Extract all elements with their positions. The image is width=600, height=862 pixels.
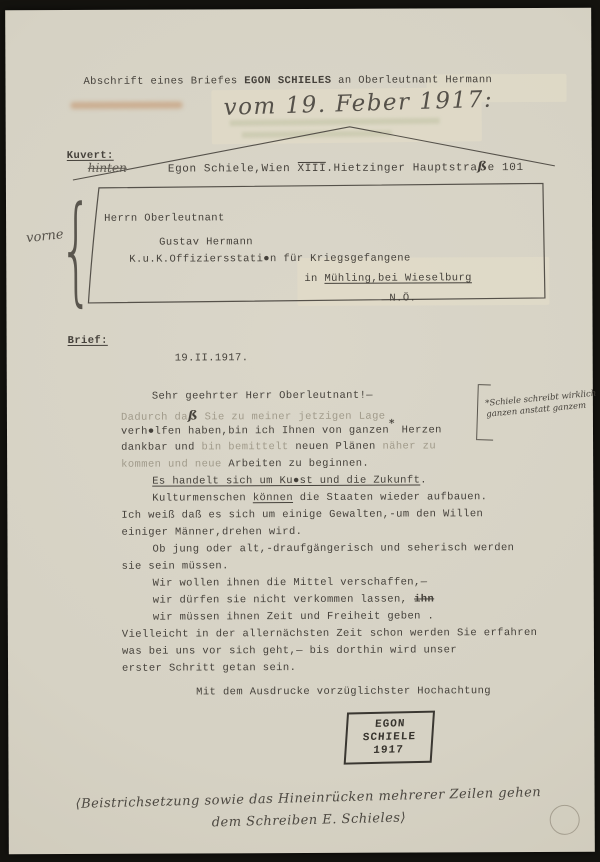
letter-text-segment: Mit dem Ausdrucke vorzüglichster Hochach… [196, 685, 491, 698]
letter-body-line: erster Schritt getan sein. [8, 661, 594, 681]
ghost-text-line [242, 130, 392, 138]
address-line-5: N.Ö. [389, 291, 416, 305]
letter-text-segment: kommen und neue [121, 458, 228, 470]
letter-text-segment: die Staaten wieder aufbauen. [293, 491, 487, 504]
orange-smudge [71, 102, 183, 109]
letter-text-segment: ihn [414, 593, 434, 605]
letter-text-segment: Kulturmenschen [152, 492, 253, 504]
letter-text-segment: näher zu [382, 440, 436, 452]
letter-text-segment: Dadurch da [121, 411, 188, 423]
letter-text-segment: Sehr geehrter Herr Oberleutnant!— [152, 390, 373, 403]
letter-text-segment: Ob jung oder alt,-draufgängerisch und se… [152, 542, 514, 556]
address-line-4: in Mühling,bei Wieselburg [304, 271, 472, 286]
letter-body-line: Mit dem Ausdrucke vorzüglichster Hochach… [8, 685, 594, 705]
letter-text-segment: Es handelt sich um Ku●st und die Zukunft [152, 474, 420, 487]
header-suffix: an Oberleutnant Hermann [331, 74, 492, 87]
curly-brace: { [59, 190, 93, 308]
address-line-1: Herrn Oberleutnant [104, 211, 225, 226]
egon-schiele-stamp: EGON SCHIELE 1917 [344, 711, 435, 765]
address-line-2: Gustav Hermann [159, 235, 253, 249]
stamp-line-2: SCHIELE [362, 731, 416, 745]
letter-text-segment: Sie zu meiner jetzigen Lage [198, 411, 386, 424]
sender-district-numeral: XIII [297, 162, 326, 175]
letter-text-segment: was bei uns vor sich geht,— bis dorthin … [122, 644, 457, 657]
letter-text-segment: wir müssen ihnen Zeit und Freiheit geben… [153, 610, 435, 623]
letter-text-segment: ß [188, 407, 198, 422]
stamp-line-3: 1917 [373, 744, 404, 758]
letter-text-segment: können [253, 492, 293, 504]
address-line-4-place: Mühling,bei Wieselburg [324, 272, 471, 285]
letter-text-segment: Ich weiß daß es sich um einige Gewalten,… [121, 508, 483, 522]
handwritten-eszett: ß [477, 158, 487, 173]
letter-text-segment: . [420, 474, 427, 486]
sender-line: Egon Schiele,Wien XIII.Hietzinger Haupts… [168, 159, 524, 177]
letter-text-segment: erster Schritt getan sein. [122, 662, 296, 675]
faint-circular-stamp [550, 805, 580, 835]
bottom-handwritten-note: ⟨Beistrichsetzung sowie das Hineinrücken… [48, 781, 569, 838]
brief-label: Brief: [68, 334, 108, 348]
letter-text-segment: wir dürfen sie nicht verkommen lassen, [153, 594, 414, 607]
sender-street: .Hietzinger Hauptstra [326, 162, 477, 175]
letter-text-segment: sie sein müssen. [122, 560, 229, 572]
address-line-3: K.u.K.Offiziersstati●n für Kriegsgefange… [129, 252, 411, 267]
letter-text-segment: Arbeiten zu beginnen. [228, 458, 369, 471]
margin-note-text: *Schiele schreibt wirklichganzen anstatt… [477, 381, 599, 422]
margin-note-bracket: *Schiele schreibt wirklichganzen anstatt… [476, 384, 599, 444]
header-line: Abschrift eines Briefes EGON SCHIELES an… [83, 73, 492, 89]
header-author-name: EGON SCHIELES [244, 75, 331, 87]
scanned-letter-page: Abschrift eines Briefes EGON SCHIELES an… [0, 0, 600, 862]
letter-text-segment: Vielleicht in der allernächsten Zeit sch… [122, 627, 538, 641]
letter-text-segment: * [389, 418, 395, 430]
letter-text-segment: Wir wollen ihnen die Mittel verschaffen,… [153, 576, 428, 589]
letter-text-segment: verh●lfen haben,bin ich Ihnen von ganzen [121, 425, 389, 438]
letter-text-segment: bin bemittelt [201, 441, 295, 453]
address-line-4-prefix: in [304, 273, 324, 285]
header-prefix: Abschrift eines Briefes [83, 75, 244, 88]
sender-name: Egon Schiele,Wien [168, 163, 298, 176]
sender-number: e 101 [488, 162, 524, 174]
letter-text-segment: neuen Plänen [295, 441, 382, 453]
letter-text-segment: Herzen [395, 424, 442, 436]
letter-text-segment: dankbar und [121, 441, 201, 453]
paper-sheet: Abschrift eines Briefes EGON SCHIELES an… [5, 8, 595, 855]
stamp-line-1: EGON [375, 718, 406, 732]
brief-date: 19.II.1917. [175, 351, 249, 365]
letter-text-segment: einiger Männer,drehen wird. [121, 526, 302, 539]
kuvert-back-note: hinten [88, 161, 127, 175]
